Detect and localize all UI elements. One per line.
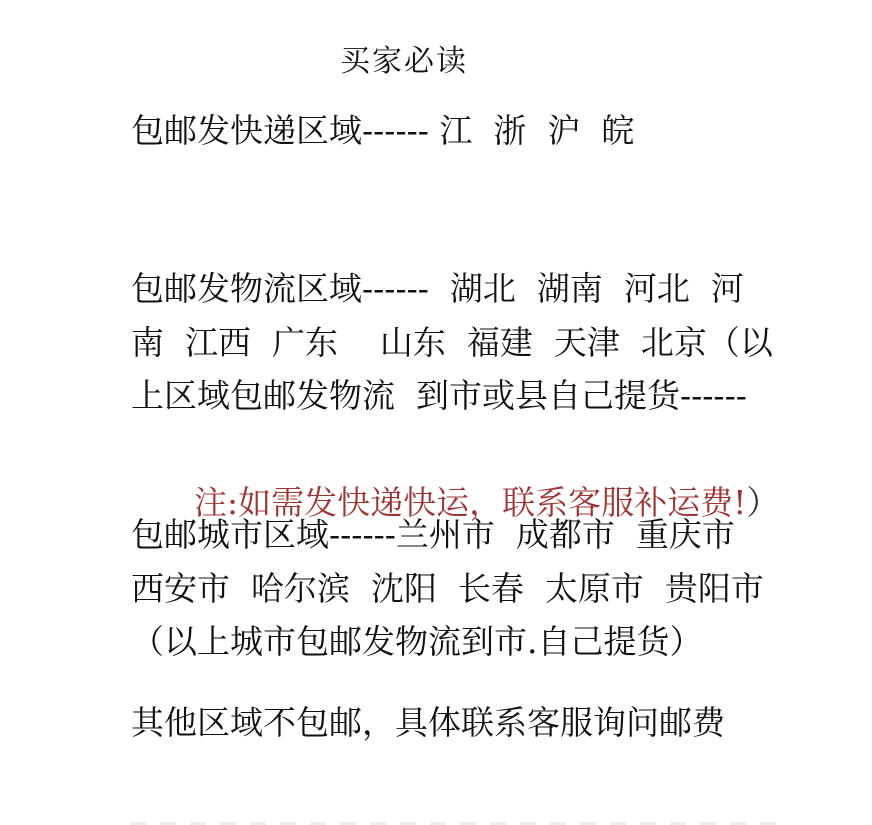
city-region-line-2: 西安市 哈尔滨 沈阳 长春 太原市 贵阳市 xyxy=(131,562,812,616)
logistics-region-line-3: 上区域包邮发物流 到市或县自己提货------ xyxy=(131,369,812,423)
other-region-paragraph: 其他区域不包邮，具体联系客服询问邮费 xyxy=(131,696,812,750)
buyer-notice-page: 买家必读 包邮发快递区域------ 江 浙 沪 皖 包邮发物流区域------… xyxy=(0,0,872,825)
city-region-line-1: 包邮城市区域------兰州市 成都市 重庆市 xyxy=(131,508,812,562)
express-region-line: 包邮发快递区域------ 江 浙 沪 皖 xyxy=(131,104,812,158)
city-region-line-3: （以上城市包邮发物流到市.自己提货） xyxy=(131,615,812,669)
express-region-paragraph: 包邮发快递区域------ 江 浙 沪 皖 xyxy=(131,104,812,158)
city-region-paragraph: 包邮城市区域------兰州市 成都市 重庆市 西安市 哈尔滨 沈阳 长春 太原… xyxy=(131,508,812,669)
logistics-region-line-2: 南 江西 广东 山东 福建 天津 北京（以 xyxy=(131,316,812,370)
page-title: 买家必读 xyxy=(340,36,468,80)
logistics-region-line-1: 包邮发物流区域------ 湖北 湖南 河北 河 xyxy=(131,262,812,316)
other-region-line: 其他区域不包邮，具体联系客服询问邮费 xyxy=(131,696,812,750)
